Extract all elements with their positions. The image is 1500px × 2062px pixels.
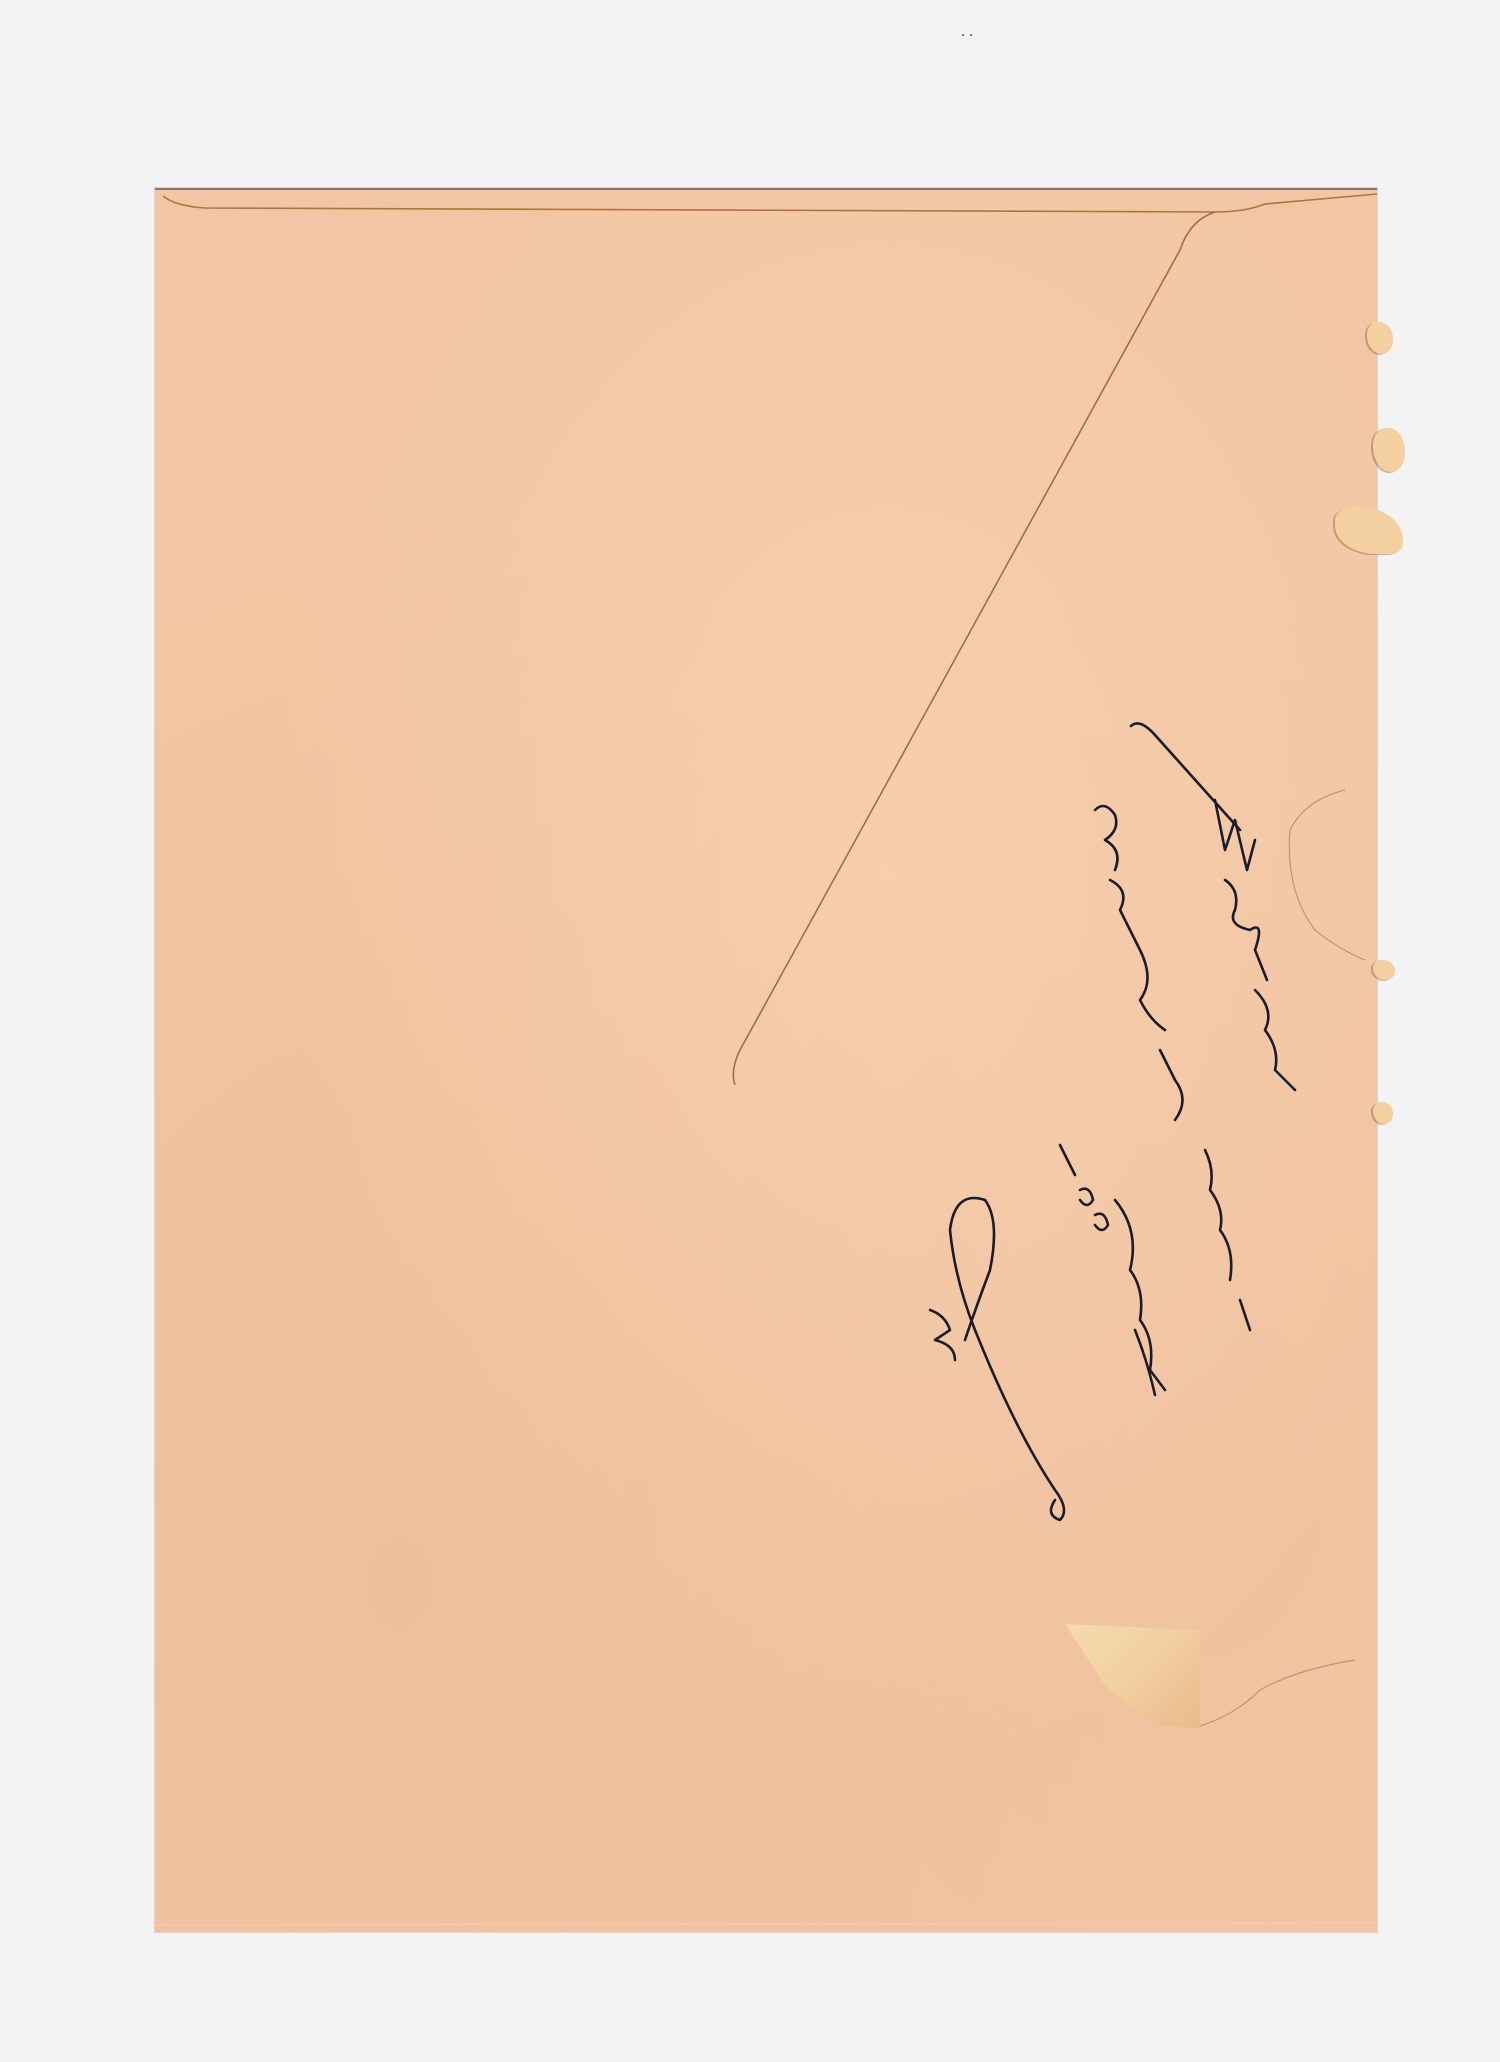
scan-artifact-dots (962, 34, 972, 38)
tape-remnant (1065, 1624, 1200, 1728)
torn-edge-piece-1 (1367, 322, 1393, 354)
torn-edge-piece-3 (1335, 506, 1403, 554)
torn-edge-piece-2 (1373, 428, 1405, 472)
